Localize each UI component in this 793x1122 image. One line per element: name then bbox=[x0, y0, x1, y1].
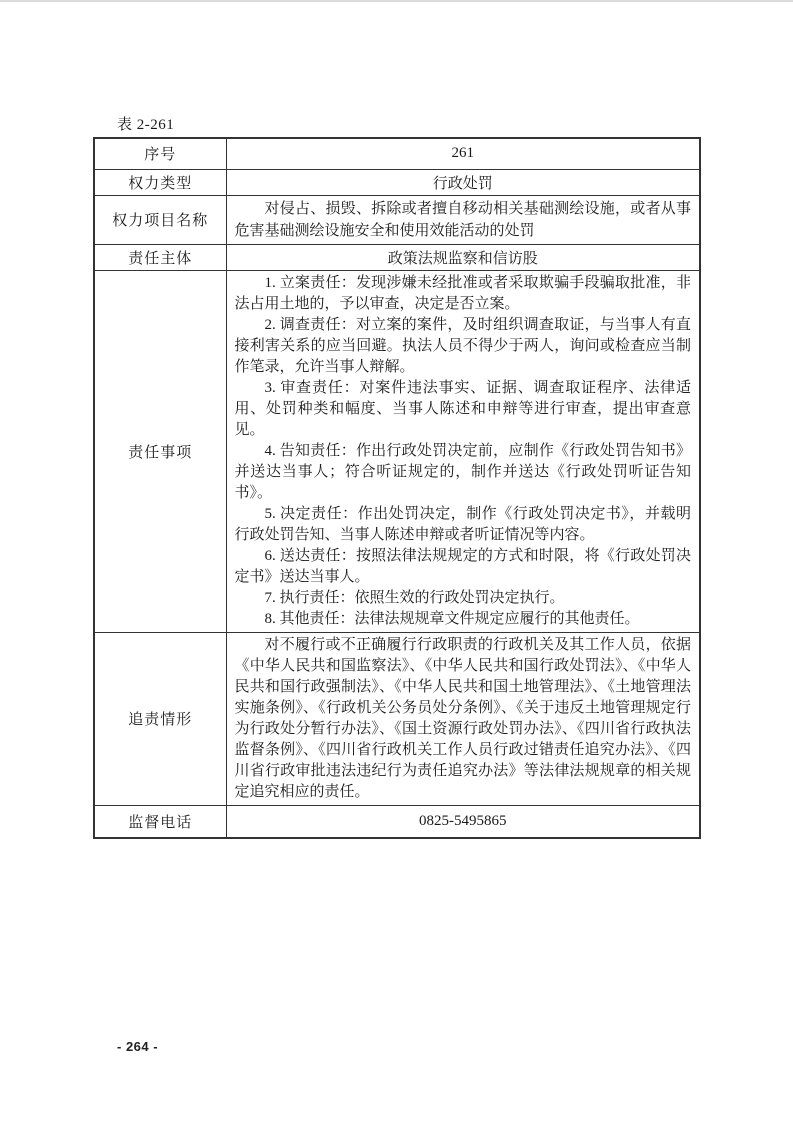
table-row-serial-number: 序号 261 bbox=[94, 138, 700, 169]
power-type-label: 权力类型 bbox=[94, 169, 226, 195]
supervision-phone-label: 监督电话 bbox=[94, 805, 226, 838]
power-type-value: 行政处罚 bbox=[226, 169, 700, 195]
responsibility-item-6: 6. 送达责任：按照法律法规规定的方式和时限，将《行政处罚决定书》送达当事人。 bbox=[235, 546, 692, 588]
responsibility-items-label: 责任事项 bbox=[94, 270, 226, 632]
table-row-power-type: 权力类型 行政处罚 bbox=[94, 169, 700, 195]
serial-number-label: 序号 bbox=[94, 138, 226, 169]
responsibility-item-7: 7. 执行责任：依照生效的行政处罚决定执行。 bbox=[235, 588, 692, 609]
responsibility-item-2: 2. 调查责任：对立案的案件，及时组织调查取证，与当事人有直接利害关系的应当回避… bbox=[235, 315, 692, 378]
power-item-table: 序号 261 权力类型 行政处罚 权力项目名称 对侵占、损毁、拆除或者擅自移动相… bbox=[93, 137, 701, 839]
responsibility-items-cell: 1. 立案责任：发现涉嫌未经批准或者采取欺骗手段骗取批准，非法占用土地的，予以审… bbox=[226, 270, 700, 632]
responsible-subject-label: 责任主体 bbox=[94, 244, 226, 270]
table-row-accountability-situations: 追责情形 对不履行或不正确履行行政职责的行政机关及其工作人员，依据《中华人民共和… bbox=[94, 632, 700, 805]
table-row-responsibility-items: 责任事项 1. 立案责任：发现涉嫌未经批准或者采取欺骗手段骗取批准，非法占用土地… bbox=[94, 270, 700, 632]
responsibility-item-3: 3. 审查责任：对案件违法事实、证据、调查取证程序、法律适用、处罚种类和幅度、当… bbox=[235, 378, 692, 441]
table-row-responsible-subject: 责任主体 政策法规监察和信访股 bbox=[94, 244, 700, 270]
accountability-situations-cell: 对不履行或不正确履行行政职责的行政机关及其工作人员，依据《中华人民共和国监察法》… bbox=[226, 632, 700, 805]
table-row-power-item-name: 权力项目名称 对侵占、损毁、拆除或者擅自移动相关基础测绘设施，或者从事危害基础测… bbox=[94, 195, 700, 244]
page-number: - 264 - bbox=[117, 1039, 158, 1054]
page-top-edge bbox=[0, 0, 793, 2]
supervision-phone-value: 0825-5495865 bbox=[226, 805, 700, 838]
responsibility-item-4: 4. 告知责任：作出行政处罚决定前，应制作《行政处罚告知书》并送达当事人；符合听… bbox=[235, 441, 692, 504]
responsibility-item-5: 5. 决定责任：作出处罚决定，制作《行政处罚决定书》，并载明行政处罚告知、当事人… bbox=[235, 504, 692, 546]
accountability-situations-label: 追责情形 bbox=[94, 632, 226, 805]
serial-number-value: 261 bbox=[226, 138, 700, 169]
power-item-name-cell: 对侵占、损毁、拆除或者擅自移动相关基础测绘设施，或者从事危害基础测绘设施安全和使… bbox=[226, 195, 700, 244]
document-page: 表 2-261 序号 261 权力类型 行政处罚 权力项目名称 对侵占、损毁、拆… bbox=[0, 0, 793, 1122]
responsible-subject-value: 政策法规监察和信访股 bbox=[226, 244, 700, 270]
accountability-situations-text: 对不履行或不正确履行行政职责的行政机关及其工作人员，依据《中华人民共和国监察法》… bbox=[235, 635, 692, 803]
table-caption: 表 2-261 bbox=[117, 113, 174, 134]
power-item-name-value: 对侵占、损毁、拆除或者擅自移动相关基础测绘设施，或者从事危害基础测绘设施安全和使… bbox=[235, 198, 692, 242]
power-item-name-label: 权力项目名称 bbox=[94, 195, 226, 244]
responsibility-item-8: 8. 其他责任：法律法规规章文件规定应履行的其他责任。 bbox=[235, 609, 692, 630]
table-row-supervision-phone: 监督电话 0825-5495865 bbox=[94, 805, 700, 838]
responsibility-item-1: 1. 立案责任：发现涉嫌未经批准或者采取欺骗手段骗取批准，非法占用土地的，予以审… bbox=[235, 273, 692, 315]
